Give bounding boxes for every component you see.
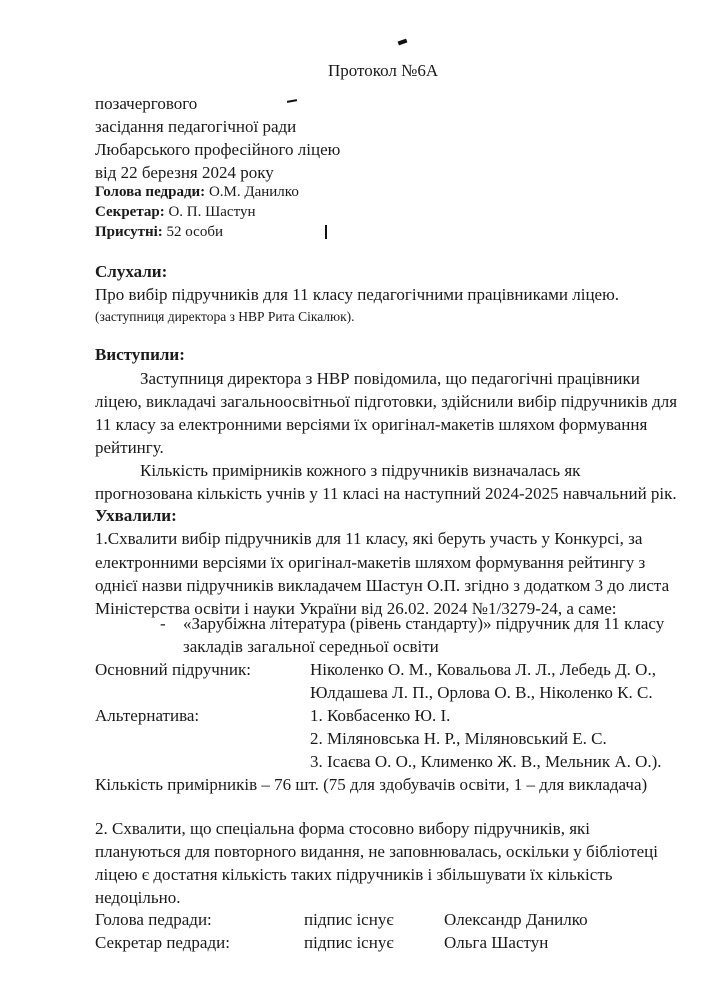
secretary-label: Секретар:	[95, 204, 165, 220]
book-title: закладів загальної середньої освіти	[183, 637, 439, 657]
resolved-item2-line: недоцільно.	[95, 888, 180, 908]
header-line: від 22 березня 2024 року	[95, 163, 274, 183]
resolved-item1-line: електронними версіями їх оригінал-макеті…	[95, 553, 645, 573]
book-title: «Зарубіжна література (рівень стандарту)…	[183, 614, 664, 634]
resolved-heading: Ухвалили:	[95, 506, 177, 526]
secretary-value: О. П. Шастун	[168, 204, 255, 220]
spoke-line: прогнозована кількість учнів у 11 класі …	[95, 484, 677, 504]
main-textbook-authors: Юлдашева Л. П., Орлова О. В., Ніколенко …	[310, 683, 653, 703]
alternative-label: Альтернатива:	[95, 706, 199, 726]
spoke-heading: Виступили:	[95, 345, 185, 365]
scan-speck	[398, 39, 408, 46]
signature-name: Ольга Шастун	[444, 933, 548, 953]
spoke-line: Заступниця директора з НВР повідомила, щ…	[140, 369, 640, 389]
chair-label: Голова педради:	[95, 184, 205, 200]
present-label: Присутні:	[95, 224, 163, 240]
spoke-line: ліцею, викладачі загальноосвітньої підго…	[95, 392, 677, 412]
spoke-line: рейтингу.	[95, 438, 164, 458]
chair-line: Голова педради: О.М. Данилко	[95, 182, 299, 202]
header-line: Любарського професійного ліцею	[95, 140, 340, 160]
present-line: Присутні: 52 особи	[95, 222, 223, 242]
alternative-item: 3. Ісаєва О. О., Клименко Ж. В., Мельник…	[310, 752, 662, 772]
resolved-item1-line: однієї назви підручників викладачем Шаст…	[95, 576, 669, 596]
signature-mark: підпис існує	[304, 933, 394, 953]
alternative-item: 2. Міляновська Н. Р., Міляновський Е. С.	[310, 729, 607, 749]
alternative-item: 1. Ковбасенко Ю. І.	[310, 706, 450, 726]
header-line: позачергового	[95, 94, 197, 114]
resolved-item2-line: ліцею є достатня кількість таких підручн…	[95, 865, 613, 885]
heard-note: (заступниця директора з НВР Рита Сікалюк…	[95, 307, 355, 327]
scan-speck	[287, 99, 297, 103]
signature-role: Секретар педради:	[95, 933, 230, 953]
secretary-line: Секретар: О. П. Шастун	[95, 202, 255, 222]
heard-text: Про вибір підручників для 11 класу педаг…	[95, 285, 619, 305]
copies-count: Кількість примірників – 76 шт. (75 для з…	[95, 775, 647, 795]
header-line: засідання педагогічної ради	[95, 117, 296, 137]
spoke-line: 11 класу за електронними версіями їх ори…	[95, 415, 647, 435]
page-title: Протокол №6А	[328, 61, 438, 81]
chair-value: О.М. Данилко	[209, 184, 299, 200]
main-textbook-label: Основний підручник:	[95, 660, 251, 680]
spoke-line: Кількість примірників кожного з підручни…	[140, 461, 580, 481]
resolved-item2-line: 2. Схвалити, що спеціальна форма стосовн…	[95, 819, 590, 839]
resolved-item1-line: 1.Схвалити вибір підручників для 11 клас…	[95, 529, 642, 549]
scan-speck	[325, 225, 327, 239]
signature-mark: підпис існує	[304, 910, 394, 930]
signature-name: Олександр Данилко	[444, 910, 588, 930]
present-value: 52 особи	[167, 224, 223, 240]
signature-role: Голова педради:	[95, 910, 212, 930]
main-textbook-authors: Ніколенко О. М., Ковальова Л. Л., Лебедь…	[310, 660, 656, 680]
book-bullet: -	[160, 614, 166, 634]
heard-heading: Слухали:	[95, 262, 167, 282]
resolved-item2-line: плануються для повторного видання, не за…	[95, 842, 658, 862]
